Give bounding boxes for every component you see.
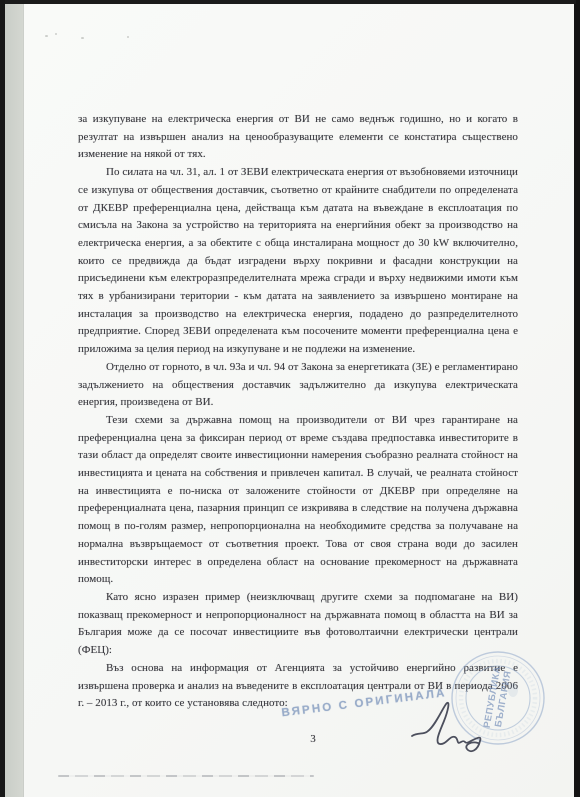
paragraph-state-aid-schemes: Тези схеми за държавна помощ на производ… <box>78 412 518 589</box>
signature <box>410 697 490 755</box>
page-number: 3 <box>283 733 343 745</box>
scan-edge-right <box>576 0 580 797</box>
scan-speck <box>127 36 129 38</box>
scan-artifact-line <box>58 775 314 777</box>
paragraph-continuation: за изкупуване на електрическа енергия от… <box>78 111 518 164</box>
scan-edge-top <box>0 0 580 4</box>
scan-speck <box>55 33 57 35</box>
scan-speck <box>81 37 84 39</box>
paragraph-zevi-art31: По силата на чл. 31, ал. 1 от ЗЕВИ елект… <box>78 164 518 359</box>
seal-emblem-smudge <box>508 683 518 697</box>
paper-sheet: за изкупуване на електрическа енергия от… <box>23 3 574 797</box>
scan-speck <box>45 35 48 37</box>
scanned-document-page: за изкупуване на електрическа енергия от… <box>0 0 580 797</box>
scan-edge-left <box>0 0 5 797</box>
paragraph-energy-act: Отделно от горното, в чл. 93а и чл. 94 о… <box>78 359 518 412</box>
scanner-bed-strip <box>5 0 23 797</box>
document-body: за изкупуване на електрическа енергия от… <box>78 111 518 713</box>
